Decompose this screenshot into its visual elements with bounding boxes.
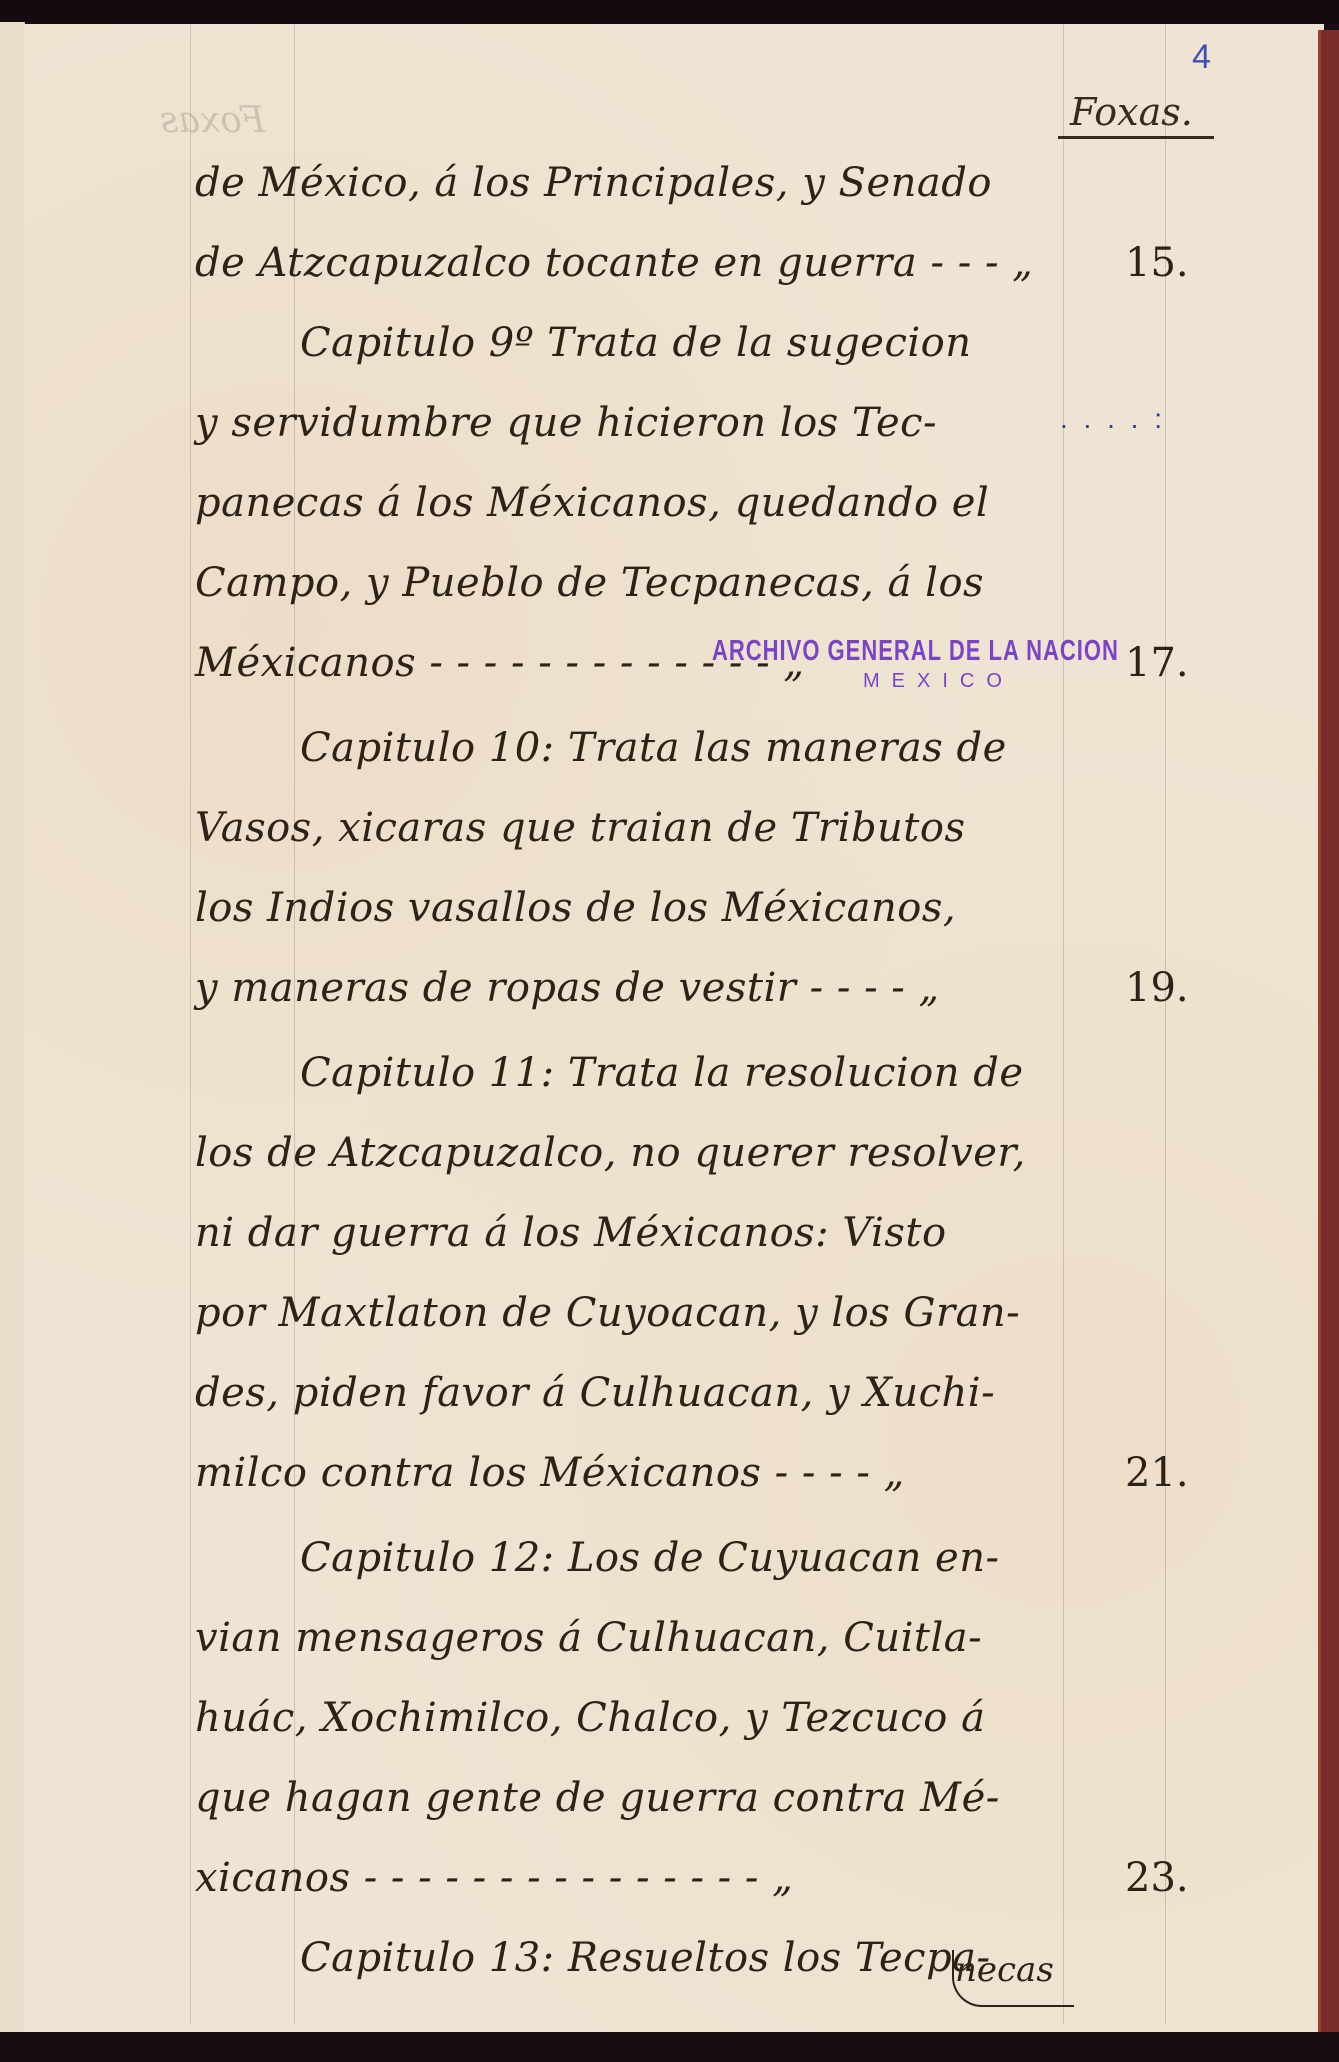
entry-line: por Maxtlaton de Cuyoacan, y los Gran- bbox=[195, 1290, 1020, 1336]
entry-line: de México, á los Principales, y Senado bbox=[195, 160, 992, 206]
entry-line: xicanos - - - - - - - - - - - - - - - „ bbox=[195, 1855, 793, 1901]
page-reference: 21. bbox=[1125, 1450, 1189, 1496]
page-reference: 23. bbox=[1125, 1855, 1189, 1901]
entry-line: los Indios vasallos de los Méxicanos, bbox=[195, 885, 956, 931]
stamp-line-1: ARCHIVO GENERAL DE LA NACION bbox=[712, 634, 1119, 668]
previous-leaf-edge bbox=[0, 22, 25, 2034]
ruled-margin-left bbox=[190, 24, 191, 2024]
folio-number: 4 bbox=[1192, 38, 1211, 77]
ruled-margin-page-col bbox=[1165, 24, 1166, 2024]
ruled-margin-right bbox=[1063, 24, 1064, 2024]
chapter-heading-line: Capitulo 10: Trata las maneras de bbox=[300, 725, 1007, 771]
entry-line: milco contra los Méxicanos - - - - „ bbox=[195, 1450, 905, 1496]
entry-line: y servidumbre que hicieron los Tec- bbox=[195, 400, 937, 446]
entry-line: Vasos, xicaras que traian de Tributos bbox=[195, 805, 966, 851]
chapter-heading-line: Capitulo 13: Resueltos los Tecpa- bbox=[300, 1935, 991, 1981]
entry-line: vian mensageros á Culhuacan, Cuitla- bbox=[195, 1615, 982, 1661]
catchword: necas bbox=[955, 1950, 1054, 1990]
archive-stamp: ARCHIVO GENERAL DE LA NACION MEXICO bbox=[712, 638, 1119, 693]
entry-line: huác, Xochimilco, Chalco, y Tezcuco á bbox=[195, 1695, 985, 1741]
scan-background-bottom bbox=[0, 2032, 1339, 2062]
stamp-line-2: MEXICO bbox=[758, 670, 1119, 693]
chapter-heading-line: Capitulo 11: Trata la resolucion de bbox=[300, 1050, 1024, 1096]
page-reference: 15. bbox=[1125, 240, 1189, 286]
entry-line: y maneras de ropas de vestir - - - - „ bbox=[195, 965, 940, 1011]
entry-line: de Atzcapuzalco tocante en guerra - - - … bbox=[195, 240, 1033, 286]
header-underline bbox=[1058, 136, 1214, 139]
chapter-heading-line: Capitulo 12: Los de Cuyuacan en- bbox=[300, 1535, 1000, 1581]
entry-line: los de Atzcapuzalco, no querer resolver, bbox=[195, 1130, 1026, 1176]
entry-line: que hagan gente de guerra contra Mé- bbox=[195, 1775, 1000, 1821]
entry-line: des, piden favor á Culhuacan, y Xuchi- bbox=[195, 1370, 995, 1416]
scan-background-top bbox=[0, 0, 1339, 24]
entry-line: panecas á los Méxicanos, quedando el bbox=[195, 480, 989, 526]
page-reference: 17. bbox=[1125, 640, 1189, 686]
page-reference: 19. bbox=[1125, 965, 1189, 1011]
entry-line: ni dar guerra á los Méxicanos: Visto bbox=[195, 1210, 947, 1256]
book-binding-edge bbox=[1318, 30, 1339, 2034]
column-header: Foxas. bbox=[1070, 90, 1193, 134]
bleed-through-text: Foxas bbox=[160, 100, 265, 141]
chapter-heading-line: Capitulo 9º Trata de la sugecion bbox=[300, 320, 972, 366]
entry-line: Campo, y Pueblo de Tecpanecas, á los bbox=[195, 560, 984, 606]
blue-pencil-mark: . . . . : bbox=[1060, 403, 1166, 435]
